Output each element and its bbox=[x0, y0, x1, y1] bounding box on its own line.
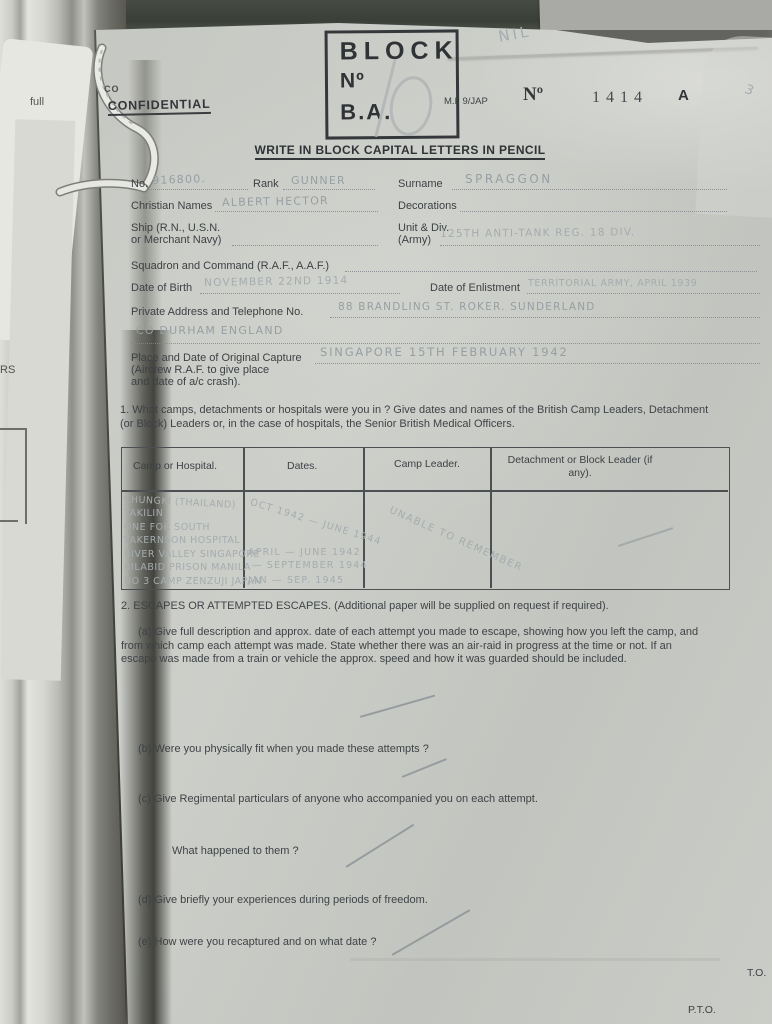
field-label-unit-2: (Army) bbox=[398, 234, 431, 246]
page-curl-highlight bbox=[695, 34, 772, 218]
camp-entry: TAKILIN bbox=[124, 508, 163, 519]
instruction-banner: WRITE IN BLOCK CAPITAL LETTERS IN PENCIL bbox=[190, 141, 610, 159]
pto-label: P.T.O. bbox=[688, 1004, 716, 1016]
field-label-squadron: Squadron and Command (R.A.F., A.A.F.) bbox=[131, 260, 329, 272]
camp-entry: ONE FOR SOUTH bbox=[124, 522, 210, 533]
question2e: (e) How were you recaptured and on what … bbox=[138, 936, 376, 950]
field-value-no: 916800. bbox=[152, 172, 206, 187]
stamp-line2: Nº bbox=[340, 69, 365, 93]
field-label-no: No. bbox=[131, 178, 148, 190]
instruction-text: WRITE IN BLOCK CAPITAL LETTERS IN PENCIL bbox=[255, 143, 546, 160]
pencil-co-mark: CO bbox=[104, 84, 120, 94]
stamp-line1: BLOCK bbox=[340, 36, 459, 66]
underlying-page-text-full: full bbox=[30, 96, 44, 108]
camp-entry: BILABID PRISON MANILA bbox=[124, 562, 251, 573]
underlying-page-rule bbox=[0, 428, 27, 430]
question1-line2: (or Block) Leaders or, in the case of ho… bbox=[120, 418, 515, 432]
field-label-enlistment: Date of Enlistment bbox=[430, 282, 520, 294]
table-header-camp-leader: Camp Leader. bbox=[394, 458, 460, 470]
pto-fragment: T.O. bbox=[747, 967, 766, 979]
underlying-page-rule bbox=[0, 520, 18, 522]
field-value-address-2: CO DURHAM ENGLAND bbox=[136, 324, 284, 337]
question2c-what-happened: What happened to them ? bbox=[172, 845, 299, 859]
field-label-decorations: Decorations bbox=[398, 200, 457, 212]
dates-entry: — SEPTEMBER 1944 bbox=[252, 560, 368, 571]
binding-shadow bbox=[120, 330, 172, 1024]
field-label-surname: Surname bbox=[398, 178, 443, 190]
series-letter: A bbox=[678, 87, 689, 104]
question2-heading: 2. ESCAPES OR ATTEMPTED ESCAPES. (Additi… bbox=[121, 600, 609, 614]
field-value-enlistment: TERRITORIAL ARMY, APRIL 1939 bbox=[528, 278, 697, 289]
field-label-capture-note-2: and date of a/c crash). bbox=[131, 376, 240, 388]
field-value-rank: GUNNER bbox=[291, 174, 346, 187]
question2d: (d) Give briefly your experiences during… bbox=[138, 894, 428, 908]
field-value-christian-names: ALBERT HECTOR bbox=[222, 194, 329, 209]
camp-entry: RIVER VALLEY SINGAPORE bbox=[124, 549, 260, 560]
field-label-dob: Date of Birth bbox=[131, 282, 192, 294]
question2b: (b) Were you physically fit when you mad… bbox=[138, 743, 429, 757]
question2a-line1: (a) Give full description and approx. da… bbox=[138, 626, 698, 640]
field-value-address: 88 BRANDLING ST. ROKER. SUNDERLAND bbox=[338, 301, 596, 313]
camp-entry: NO 3 CAMP ZENZUJI JAPAN bbox=[124, 576, 262, 587]
table-header-dates: Dates. bbox=[287, 460, 317, 472]
camp-entry: TAKERNSON HOSPITAL bbox=[124, 535, 240, 546]
serial-number: 1414 bbox=[592, 89, 648, 107]
dates-entry: APRIL — JUNE 1942 bbox=[248, 547, 361, 558]
field-value-dob: NOVEMBER 22ND 1914 bbox=[204, 274, 348, 289]
field-label-capture: Place and Date of Original Capture bbox=[131, 352, 302, 364]
question2c: (c) Give Regimental particulars of anyon… bbox=[138, 793, 538, 807]
question2a-line2: from which camp each attempt was made. S… bbox=[121, 640, 672, 654]
table-header-detachment: Detachment or Block Leader (if any). bbox=[505, 454, 715, 480]
underlying-page-text-rs: RS bbox=[0, 364, 15, 376]
serial-no-sign: Nº bbox=[523, 84, 543, 106]
table-header-divider bbox=[121, 490, 728, 492]
question2a-line3: escape was made from a train or vehicle … bbox=[121, 653, 627, 667]
field-value-surname: SPRAGGON bbox=[465, 172, 553, 186]
field-label-ship-2: or Merchant Navy) bbox=[131, 234, 221, 246]
field-value-capture: SINGAPORE 15TH FEBRUARY 1942 bbox=[320, 345, 569, 359]
scanned-pow-form-photo: full RS CO CONFIDENTIAL BLOCK Nº B.A. NI… bbox=[0, 0, 772, 1024]
underlying-page-rule bbox=[25, 428, 27, 524]
field-value-unit: 125TH ANTI-TANK REG. 18 DIV. bbox=[440, 226, 635, 240]
dates-entry: JAN — SEP. 1945 bbox=[248, 575, 344, 586]
table-column-divider bbox=[490, 447, 492, 588]
confidential-label: CONFIDENTIAL bbox=[108, 97, 211, 116]
field-label-address: Private Address and Telephone No. bbox=[131, 306, 303, 318]
form-reference: M.I. 9/JAP bbox=[444, 96, 488, 107]
field-label-rank: Rank bbox=[253, 178, 279, 190]
field-label-ship-1: Ship (R.N., U.S.N. bbox=[131, 222, 220, 234]
pencil-smudge bbox=[350, 958, 720, 961]
question1-line1: 1. What camps, detachments or hospitals … bbox=[120, 404, 708, 418]
field-label-christian-names: Christian Names bbox=[131, 200, 212, 212]
field-label-capture-note-1: (Aircrew R.A.F. to give place bbox=[131, 364, 269, 376]
table-header-camp: Camp or Hospital. bbox=[133, 460, 217, 472]
